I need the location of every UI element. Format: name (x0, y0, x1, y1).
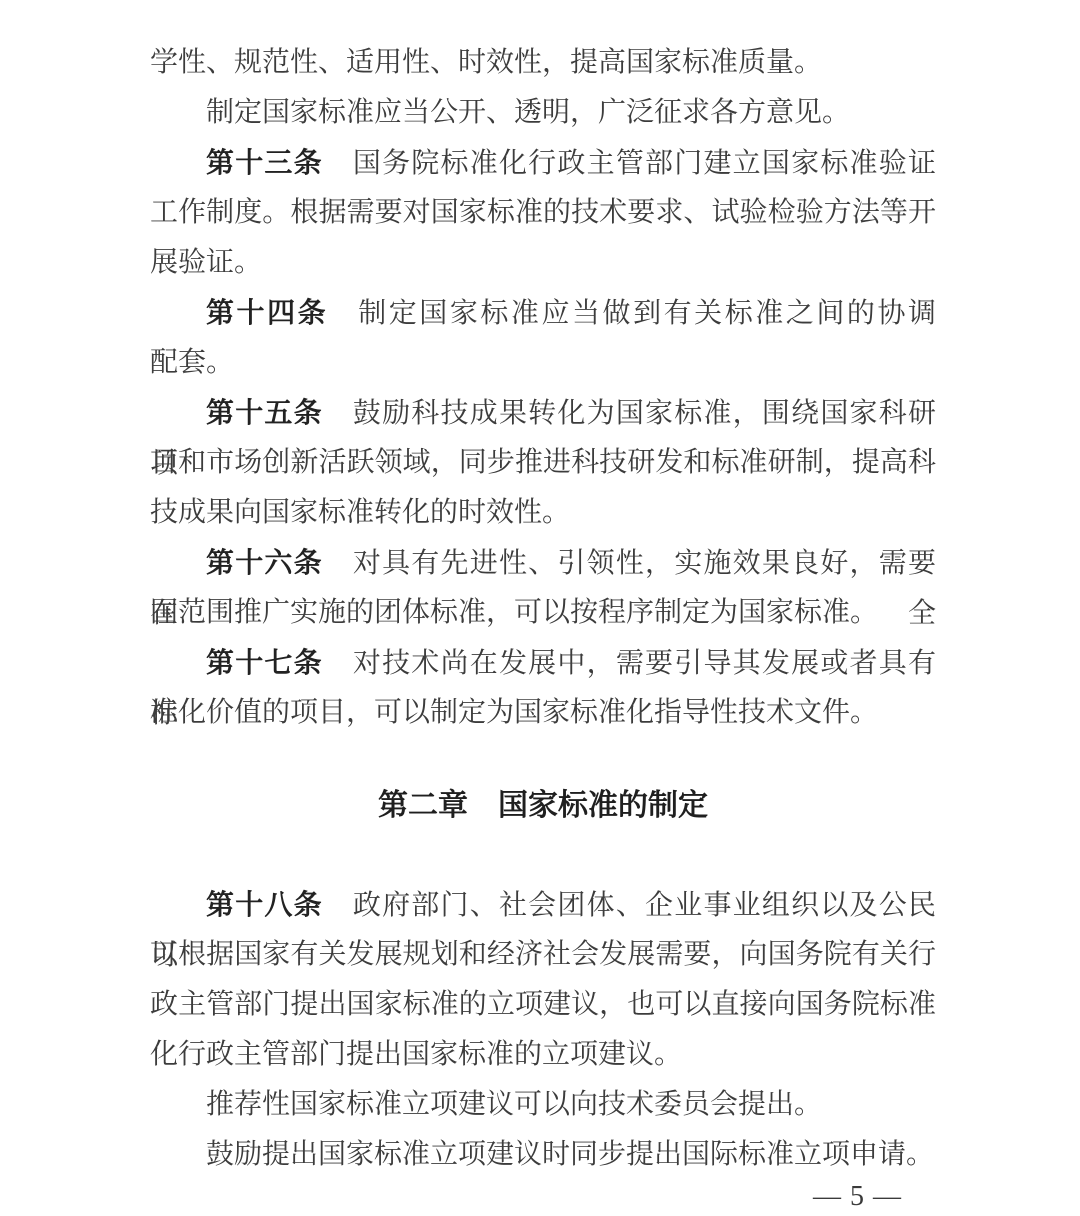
chapter-number: 第二章 (378, 789, 468, 822)
text-line: 第十三条国务院标准化行政主管部门建立国家标准验证 (150, 138, 936, 188)
text-line: 推荐性国家标准立项建议可以向技术委员会提出。 (150, 1080, 936, 1130)
paragraph: 第十八条政府部门、社会团体、企业事业组织以及公民可以根据国家有关发展规划和经济社… (150, 880, 936, 1080)
paragraph: 第十六条对具有先进性、引领性，实施效果良好，需要在全国范围推广实施的团体标准，可… (150, 538, 936, 638)
article-number: 第十五条 (206, 397, 323, 428)
article-number: 第十六条 (206, 547, 323, 578)
text-line: 政主管部门提出国家标准的立项建议，也可以直接向国务院标准 (150, 980, 936, 1030)
text-line: 国范围推广实施的团体标准，可以按程序制定为国家标准。 (150, 588, 936, 638)
article-number: 第十八条 (206, 889, 323, 920)
text-line: 技成果向国家标准转化的时效性。 (150, 488, 936, 538)
paragraph: 第十七条对技术尚在发展中，需要引导其发展或者具有标准化价值的项目，可以制定为国家… (150, 638, 936, 738)
paragraph: 第十三条国务院标准化行政主管部门建立国家标准验证工作制度。根据需要对国家标准的技… (150, 138, 936, 288)
text-line: 配套。 (150, 338, 936, 388)
paragraph: 第十五条鼓励科技成果转化为国家标准，围绕国家科研项目和市场创新活跃领域，同步推进… (150, 388, 936, 538)
text-line: 展验证。 (150, 238, 936, 288)
chapter-title: 国家标准的制定 (498, 789, 708, 822)
text-line: 第十八条政府部门、社会团体、企业事业组织以及公民可 (150, 880, 936, 930)
text-line: 第十五条鼓励科技成果转化为国家标准，围绕国家科研项 (150, 388, 936, 438)
text-line: 第十七条对技术尚在发展中，需要引导其发展或者具有标 (150, 638, 936, 688)
paragraph: 制定国家标准应当公开、透明，广泛征求各方意见。 (150, 88, 936, 138)
text-line: 学性、规范性、适用性、时效性，提高国家标准质量。 (150, 38, 936, 88)
article-number: 第十七条 (206, 647, 323, 678)
text-line: 第十四条制定国家标准应当做到有关标准之间的协调 (150, 288, 936, 338)
document-body: 学性、规范性、适用性、时效性，提高国家标准质量。制定国家标准应当公开、透明，广泛… (150, 38, 936, 1180)
paragraph: 推荐性国家标准立项建议可以向技术委员会提出。 (150, 1080, 936, 1130)
text-line: 以根据国家有关发展规划和经济社会发展需要，向国务院有关行 (150, 930, 936, 980)
text-line: 鼓励提出国家标准立项建议时同步提出国际标准立项申请。 (150, 1130, 936, 1180)
text-line: 目和市场创新活跃领域，同步推进科技研发和标准研制，提高科 (150, 438, 936, 488)
article-number: 第十四条 (206, 297, 328, 328)
text-line: 工作制度。根据需要对国家标准的技术要求、试验检验方法等开 (150, 188, 936, 238)
article-number: 第十三条 (206, 147, 323, 178)
text-line: 第十六条对具有先进性、引领性，实施效果良好，需要在全 (150, 538, 936, 588)
text-line: 准化价值的项目，可以制定为国家标准化指导性技术文件。 (150, 688, 936, 738)
page-number: — 5 — (150, 1182, 902, 1212)
paragraph: 鼓励提出国家标准立项建议时同步提出国际标准立项申请。 (150, 1130, 936, 1180)
paragraph: 学性、规范性、适用性、时效性，提高国家标准质量。 (150, 38, 936, 88)
text-line: 制定国家标准应当公开、透明，广泛征求各方意见。 (150, 88, 936, 138)
text-line: 化行政主管部门提出国家标准的立项建议。 (150, 1030, 936, 1080)
document-page: 学性、规范性、适用性、时效性，提高国家标准质量。制定国家标准应当公开、透明，广泛… (0, 0, 1080, 1216)
paragraph: 第十四条制定国家标准应当做到有关标准之间的协调配套。 (150, 288, 936, 388)
chapter-heading: 第二章国家标准的制定 (150, 781, 936, 831)
